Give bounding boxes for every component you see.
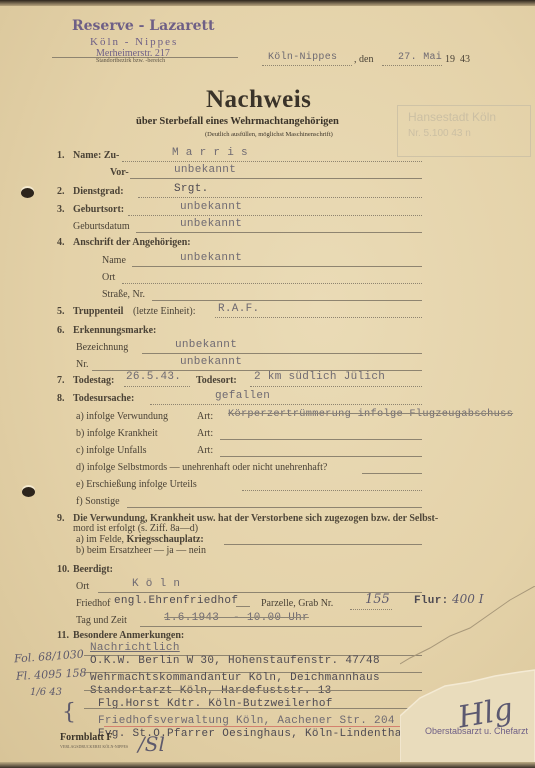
burial-datetime-value: 1.6.1943 - 10.00 Uhr (164, 612, 309, 624)
place-line (262, 65, 352, 66)
cause-execution-line (242, 490, 422, 491)
burial-datetime-line (140, 626, 422, 627)
cause-wound-art-label: Art: (197, 411, 213, 422)
birthdate-value: unbekannt (180, 218, 242, 230)
death-record-form: Reserve - Lazarett Köln - Nippes Merheim… (0, 4, 535, 764)
field-number: 7. (57, 375, 65, 386)
form-label: Formblatt F (60, 732, 113, 743)
field-number: 3. (57, 204, 65, 215)
cause-execution-label: e) Erschießung infolge Urteils (76, 479, 197, 490)
cause-accident-art-label: Art: (197, 445, 213, 456)
birthdate-label: Geburtsdatum (73, 221, 130, 232)
firstname-value: unbekannt (174, 164, 236, 176)
injury-location-question-cont: mord ist erfolgt (s. Ziff. 8a—d) (73, 523, 198, 534)
cause-accident-label: c) infolge Unfalls (76, 445, 147, 456)
faint-city-stamp: Hansestadt Köln Nr. 5.100 43 n (397, 105, 531, 157)
relative-street-line (152, 300, 422, 301)
replacement-army-label: b) beim Ersatzheer — ja — nein (76, 545, 206, 556)
top-edge (0, 0, 535, 6)
burial-datetime-label: Tag und Zeit (76, 615, 127, 626)
grave-number-label: Parzelle, Grab Nr. (261, 598, 333, 609)
birthplace-line (128, 215, 422, 216)
surname-label: Name: Zu- (73, 150, 119, 161)
field-theater-line (224, 544, 422, 545)
cause-wound-value: Körperzertrümmerung infolge Flugzeugabsc… (228, 408, 513, 420)
cause-of-death-line (150, 404, 422, 405)
id-tag-number-label: Nr. (76, 359, 89, 370)
initials: /Sl (138, 732, 165, 756)
remarks-label: Besondere Anmerkungen: (73, 630, 184, 641)
unit-value: R.A.F. (218, 303, 259, 315)
page-title: Nachweis (206, 86, 311, 114)
birthplace-label: Geburtsort: (73, 204, 124, 215)
field-number: 11. (57, 630, 69, 641)
field-number: 8. (57, 393, 65, 404)
field-number: 4. (57, 237, 65, 248)
year-suffix: 43 (460, 54, 470, 65)
relative-city-line (122, 283, 422, 284)
rank-label: Dienstgrad: (73, 186, 124, 197)
signatory-title: Oberstabsarzt u. Chefarzt (425, 726, 528, 736)
page-subtitle: über Sterbefall eines Wehrmachtangehörig… (136, 116, 339, 127)
relative-name-label: Name (102, 255, 126, 266)
birthplace-value: unbekannt (180, 201, 242, 213)
margin-brace: { (62, 700, 76, 725)
rank-line (138, 197, 422, 198)
margin-note: 1/6 43 (30, 687, 62, 698)
remarks-line: Wehrmachtskommandantur Köln, Deichmannha… (90, 672, 380, 684)
cause-of-death-label: Todesursache: (73, 393, 134, 404)
torn-corner (400, 586, 535, 764)
unit-line (215, 317, 422, 318)
cause-other-line (127, 507, 422, 508)
year-prefix: 19 (445, 54, 455, 65)
cause-illness-line (220, 439, 422, 440)
date-value: 27. Mai (398, 52, 442, 63)
cause-illness-art-label: Art: (197, 428, 213, 439)
burial-place-value: K ö l n (132, 578, 180, 590)
burial-place-label: Ort (76, 581, 89, 592)
cause-wound-label: a) infolge Verwundung (76, 411, 168, 422)
punch-hole (22, 487, 35, 497)
remarks-rule (84, 708, 422, 709)
fill-instruction: (Deutlich ausfüllen, möglichst Maschinen… (205, 131, 333, 138)
cause-illness-label: b) infolge Krankheit (76, 428, 158, 439)
field-theater-label-bold: Kriegsschauplatz: (127, 534, 204, 545)
unit-label: Truppenteil (73, 306, 123, 317)
cemetery-label: Friedhof (76, 598, 110, 609)
den-label: , den (354, 54, 373, 65)
relatives-address-label: Anschrift der Angehörigen: (73, 237, 191, 248)
standortbezirk-label: Standortbezirk bzw. -bereich (96, 58, 165, 64)
relative-name-line (132, 266, 422, 267)
death-date-value: 26.5.43. (126, 371, 181, 383)
id-tag-number-value: unbekannt (180, 356, 242, 368)
cause-other-label: f) Sonstige (76, 496, 120, 507)
death-place-line (250, 386, 422, 387)
cemetery-line (236, 606, 250, 607)
field-number: 2. (57, 186, 65, 197)
grave-number-value: 155 (365, 592, 390, 607)
cause-of-death-value: gefallen (215, 390, 270, 402)
cause-suicide-label: d) infolge Selbstmords — unehrenhaft ode… (76, 462, 327, 473)
cause-accident-line (220, 456, 422, 457)
firstname-line (130, 178, 422, 179)
margin-note: Fol. 68/1030 (14, 648, 85, 666)
surname-value: M a r r i s (172, 147, 248, 159)
death-date-label: Todestag: (73, 375, 114, 386)
field-number: 1. (57, 150, 65, 161)
relative-city-label: Ort (102, 272, 115, 283)
red-pencil-underline (104, 726, 434, 727)
cause-suicide-line (362, 473, 422, 474)
field-theater-label-text: a) im Felde, (76, 534, 124, 545)
punch-hole (21, 188, 34, 198)
unit-label-detail: (letzte Einheit): (133, 306, 195, 317)
cemetery-value: engl.Ehrenfriedhof (114, 595, 238, 607)
surname-line (122, 161, 422, 162)
death-place-label: Todesort: (196, 375, 237, 386)
hospital-stamp-line2: Köln - Nippes (90, 36, 178, 48)
field-number: 5. (57, 306, 65, 317)
firstname-label: Vor- (110, 167, 129, 178)
death-place-value: 2 km südlich Jülich (254, 371, 385, 383)
death-date-line (124, 386, 190, 387)
id-tag-designation-line (142, 353, 422, 354)
field-number: 9. (57, 513, 65, 524)
margin-note: Fl. 4095 158 (16, 666, 87, 683)
burial-label: Beerdigt: (73, 564, 113, 575)
faint-stamp-line1: Hansestadt Köln (398, 106, 530, 124)
place-value: Köln-Nippes (268, 52, 337, 63)
remarks-line: Standortarzt Köln, Hardefuststr. 13 (90, 685, 332, 697)
grave-number-line (350, 609, 392, 610)
rank-value: Srgt. (174, 183, 209, 195)
remarks-line: Nachrichtlich (90, 642, 180, 654)
hospital-stamp-line1: Reserve - Lazarett (72, 18, 214, 34)
field-number: 10. (57, 564, 70, 575)
relative-name-value: unbekannt (180, 252, 242, 264)
field-theater-label: a) im Felde, Kriegsschauplatz: (76, 534, 204, 545)
birthdate-line (136, 232, 422, 233)
id-tag-designation-label: Bezeichnung (76, 342, 128, 353)
faint-stamp-line2: Nr. 5.100 43 n (398, 124, 530, 139)
id-tag-label: Erkennungsmarke: (73, 325, 156, 336)
id-tag-designation-value: unbekannt (175, 339, 237, 351)
remarks-line: O.K.W. Berlin W 30, Hohenstaufenstr. 47/… (90, 655, 380, 667)
date-line (382, 65, 442, 66)
printer-imprint: VERLAGSDRUCKEREI KÖLN-NIPPES (60, 744, 128, 749)
bottom-edge (0, 762, 535, 768)
field-number: 6. (57, 325, 65, 336)
relative-street-label: Straße, Nr. (102, 289, 145, 300)
remarks-rule (84, 690, 422, 691)
